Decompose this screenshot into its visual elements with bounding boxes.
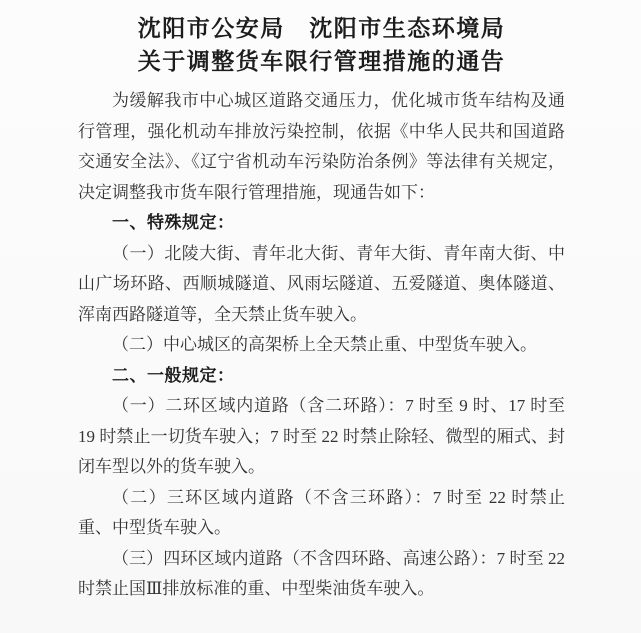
notice-document: 沈阳市公安局 沈阳市生态环境局 关于调整货车限行管理措施的通告 为缓解我市中心城… (0, 0, 641, 633)
clause-special-2: （二）中心城区的高架桥上全天禁止重、中型货车驶入。 (78, 330, 565, 361)
section-heading-special-rules: 一、特殊规定： (78, 208, 565, 239)
document-title-line2: 关于调整货车限行管理措施的通告 (78, 45, 565, 78)
clause-general-2: （二）三环区域内道路（不含三环路）：7 时至 22 时禁止重、中型货车驶入。 (78, 483, 565, 544)
intro-paragraph: 为缓解我市中心城区道路交通压力，优化城市货车结构及通行管理，强化机动车排放污染控… (78, 86, 565, 208)
section-heading-general-rules: 二、一般规定： (78, 361, 565, 392)
document-title: 沈阳市公安局 沈阳市生态环境局 关于调整货车限行管理措施的通告 (78, 12, 565, 78)
clause-special-1: （一）北陵大街、青年北大街、青年大街、青年南大街、中山广场环路、西顺城隧道、风雨… (78, 239, 565, 331)
clause-general-3: （三）四环区域内道路（不含四环路、高速公路）：7 时至 22 时禁止国Ⅲ排放标准… (78, 544, 565, 605)
document-title-line1: 沈阳市公安局 沈阳市生态环境局 (78, 12, 565, 45)
document-body: 为缓解我市中心城区道路交通压力，优化城市货车结构及通行管理，强化机动车排放污染控… (78, 86, 565, 605)
clause-general-1: （一）二环区域内道路（含二环路）：7 时至 9 时、17 时至 19 时禁止一切… (78, 391, 565, 483)
